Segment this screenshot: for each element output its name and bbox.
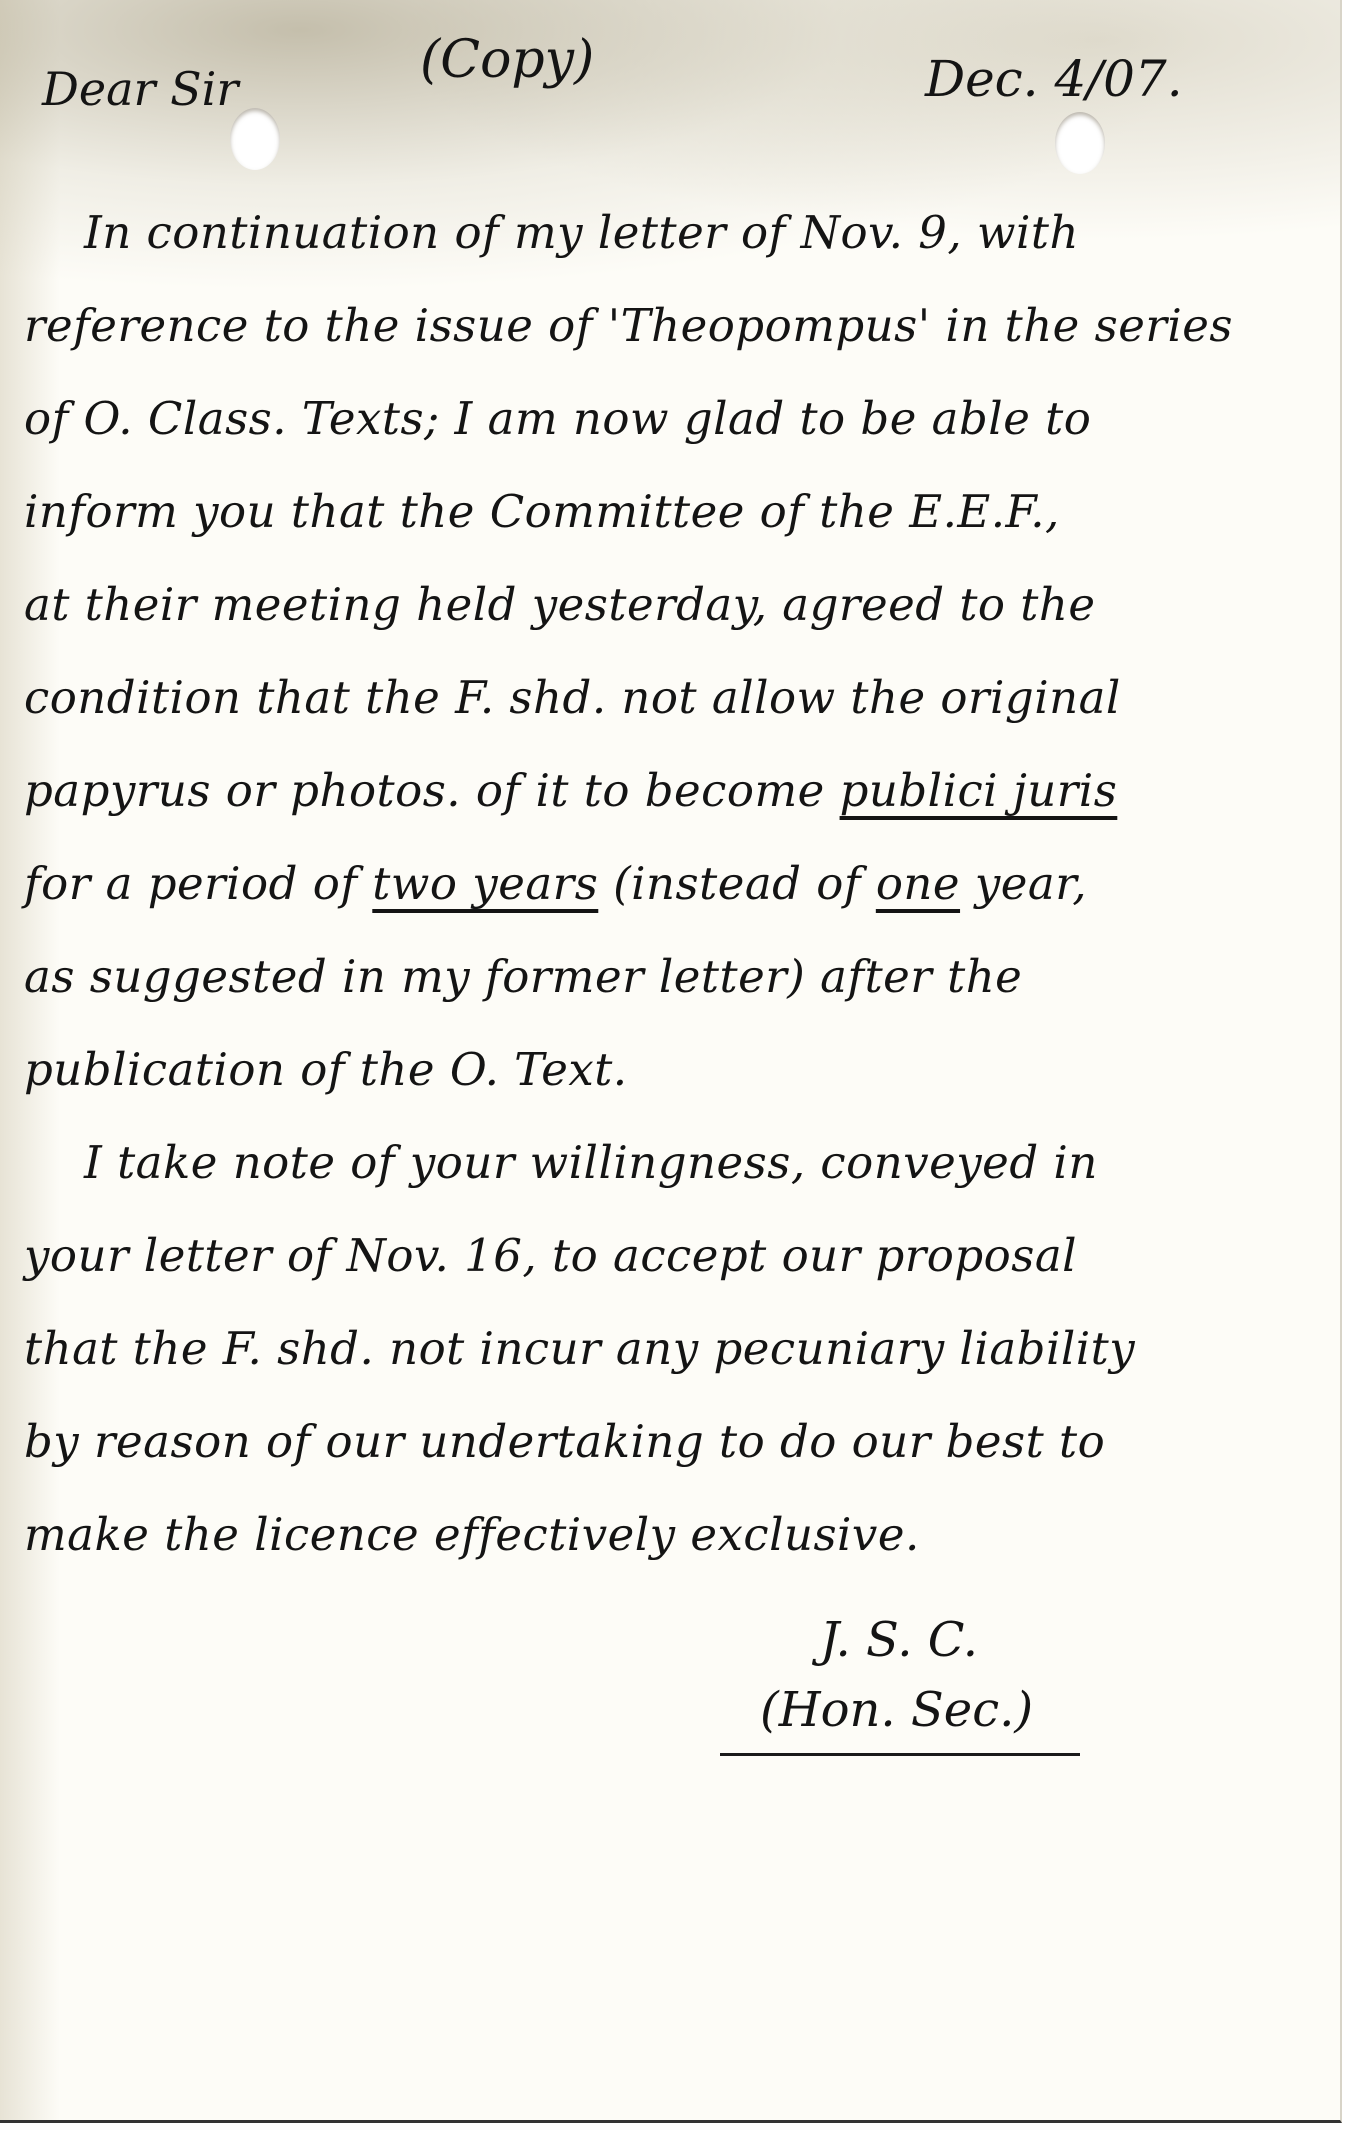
body-line: by reason of our undertaking to do our b… (24, 1395, 1324, 1488)
body-line: I take note of your willingness, conveye… (24, 1116, 1324, 1209)
body-line: reference to the issue of 'Theopompus' i… (24, 279, 1324, 372)
body-line: of O. Class. Texts; I am now glad to be … (24, 372, 1324, 465)
text-segment: for a period of (24, 857, 372, 910)
underlined-phrase: publici juris (840, 764, 1118, 817)
signature-block: J. S. C. (Hon. Sec.) (720, 1605, 1080, 1756)
body-line: make the licence effectively exclusive. (24, 1488, 1324, 1581)
letter-date: Dec. 4/07. (925, 50, 1183, 108)
signature-initials: J. S. C. (720, 1605, 1080, 1675)
punch-hole-right (1055, 112, 1105, 174)
punch-hole-left (230, 108, 280, 170)
letter-page: Dear Sir (Copy) Dec. 4/07. In continuati… (0, 0, 1342, 2123)
body-line: condition that the F. shd. not allow the… (24, 651, 1324, 744)
copy-mark: (Copy) (420, 30, 594, 90)
salutation: Dear Sir (42, 62, 238, 116)
text-segment: year, (960, 857, 1087, 910)
body-line: as suggested in my former letter) after … (24, 930, 1324, 1023)
body-line: inform you that the Committee of the E.E… (24, 465, 1324, 558)
letter-body: In continuation of my letter of Nov. 9, … (24, 186, 1324, 1581)
body-line: your letter of Nov. 16, to accept our pr… (24, 1209, 1324, 1302)
body-line: that the F. shd. not incur any pecuniary… (24, 1302, 1324, 1395)
underlined-phrase: two years (372, 857, 598, 910)
underlined-phrase: one (876, 857, 960, 910)
body-line-underlined: for a period of two years (instead of on… (24, 837, 1324, 930)
body-line: In continuation of my letter of Nov. 9, … (24, 186, 1324, 279)
text-segment: papyrus or photos. of it to become (24, 764, 840, 817)
signature-title: (Hon. Sec.) (720, 1675, 1080, 1756)
text-segment: (instead of (598, 857, 876, 910)
body-line: publication of the O. Text. (24, 1023, 1324, 1116)
body-line-underlined: papyrus or photos. of it to become publi… (24, 744, 1324, 837)
body-line: at their meeting held yesterday, agreed … (24, 558, 1324, 651)
